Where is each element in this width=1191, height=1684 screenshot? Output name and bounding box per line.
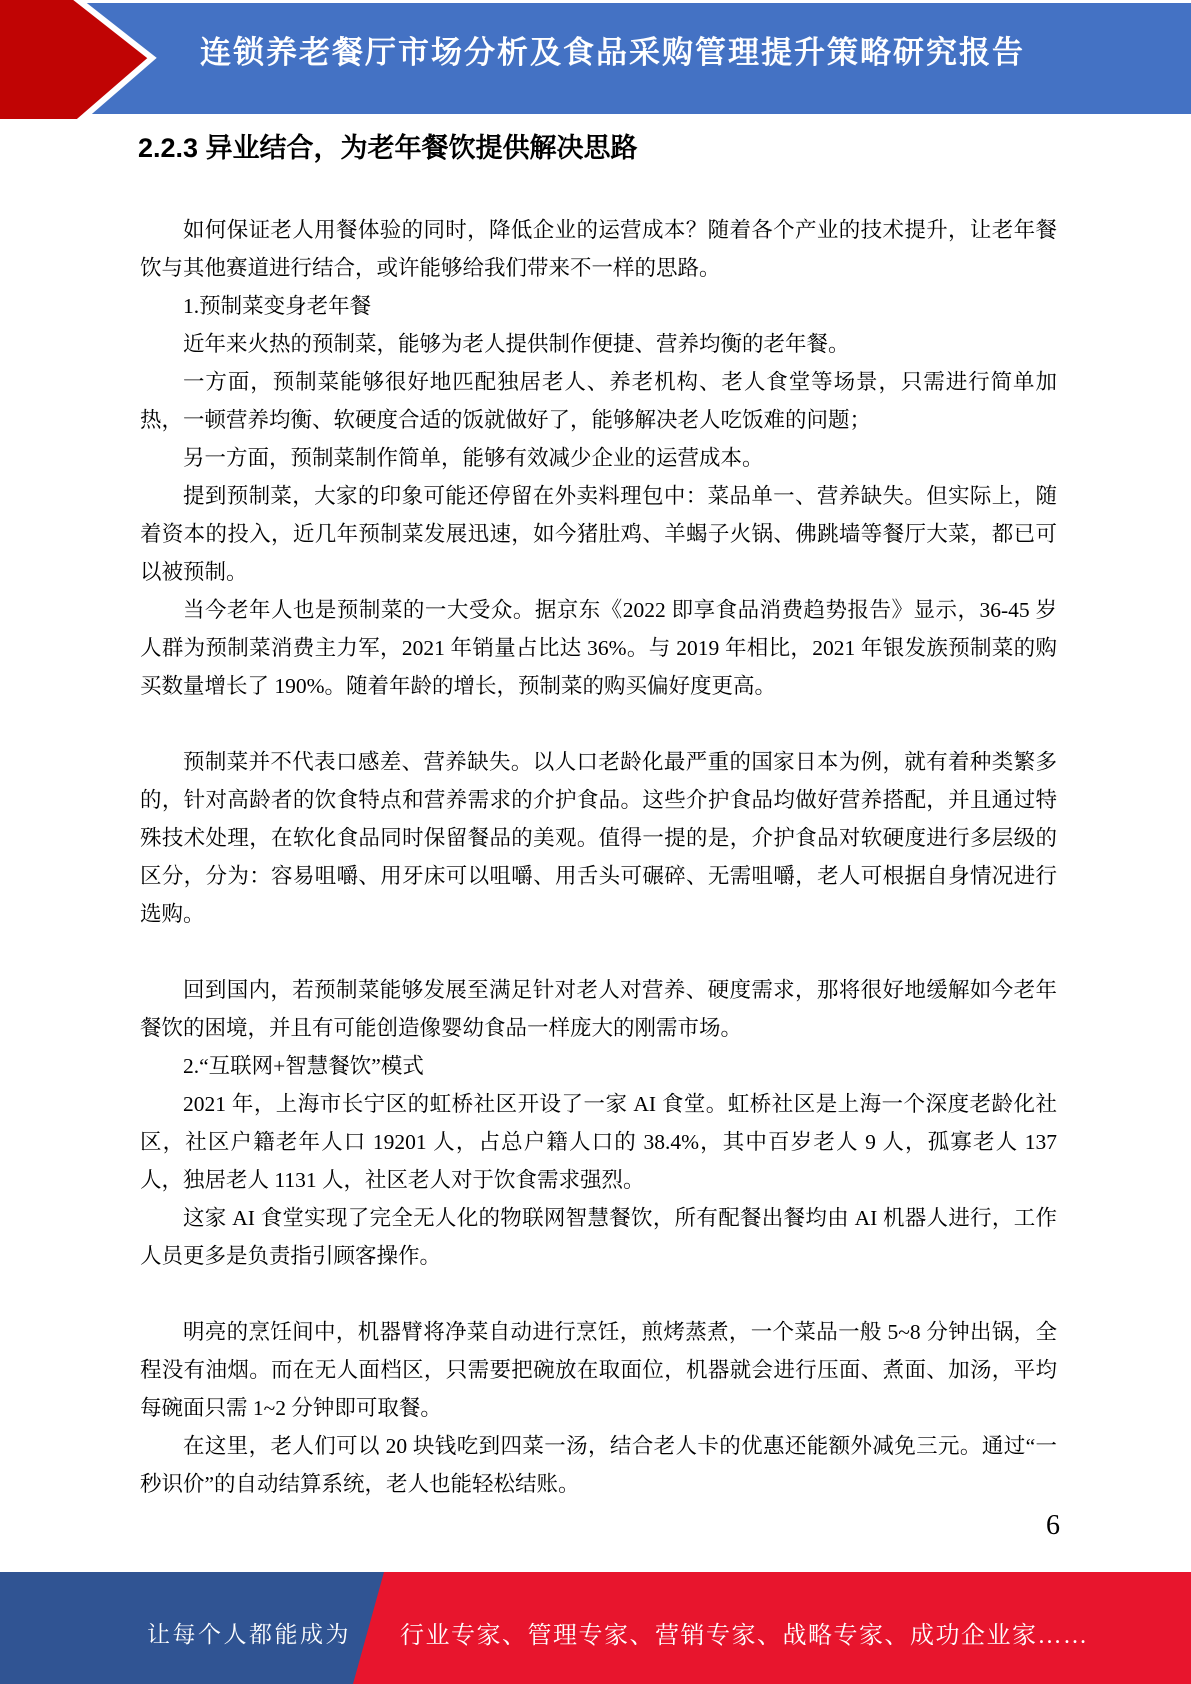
body-paragraph: 2.“互联网+智慧餐饮”模式 xyxy=(140,1047,1057,1085)
body-paragraph: 预制菜并不代表口感差、营养缺失。以人口老龄化最严重的国家日本为例，就有着种类繁多… xyxy=(140,743,1057,933)
body-paragraph: 提到预制菜，大家的印象可能还停留在外卖料理包中：菜品单一、营养缺失。但实际上，随… xyxy=(140,477,1057,591)
body-text: 如何保证老人用餐体验的同时，降低企业的运营成本？随着各个产业的技术提升，让老年餐… xyxy=(140,211,1057,1503)
arrow-shape xyxy=(0,0,152,122)
header-arrow-icon xyxy=(0,0,178,132)
page-number: 6 xyxy=(900,1506,1060,1546)
body-paragraph: 回到国内，若预制菜能够发展至满足针对老人对营养、硬度需求，那将很好地缓解如今老年… xyxy=(140,971,1057,1047)
section-heading: 2.2.3 异业结合，为老年餐饮提供解决思路 xyxy=(138,130,638,166)
footer: 让每个人都能成为 行业专家、管理专家、营销专家、战略专家、成功企业家…… xyxy=(0,1572,1191,1684)
body-paragraph: 1.预制菜变身老年餐 xyxy=(140,287,1057,325)
header-banner: 连锁养老餐厅市场分析及食品采购管理提升策略研究报告 xyxy=(0,3,1191,114)
body-paragraph: 另一方面，预制菜制作简单，能够有效减少企业的运营成本。 xyxy=(140,439,1057,477)
report-page: 连锁养老餐厅市场分析及食品采购管理提升策略研究报告 2.2.3 异业结合，为老年… xyxy=(0,0,1191,1684)
body-paragraph: 当今老年人也是预制菜的一大受众。据京东《2022 即享食品消费趋势报告》显示，3… xyxy=(140,591,1057,705)
report-title: 连锁养老餐厅市场分析及食品采购管理提升策略研究报告 xyxy=(166,27,1025,72)
body-paragraph: 如何保证老人用餐体验的同时，降低企业的运营成本？随着各个产业的技术提升，让老年餐… xyxy=(140,211,1057,287)
body-paragraph: 一方面，预制菜能够很好地匹配独居老人、养老机构、老人食堂等场景，只需进行简单加热… xyxy=(140,363,1057,439)
body-paragraph: 明亮的烹饪间中，机器臂将净菜自动进行烹饪，煎烤蒸煮，一个菜品一般 5~8 分钟出… xyxy=(140,1313,1057,1427)
body-paragraph: 在这里，老人们可以 20 块钱吃到四菜一汤，结合老人卡的优惠还能额外减免三元。通… xyxy=(140,1427,1057,1503)
body-paragraph: 这家 AI 食堂实现了完全无人化的物联网智慧餐饮，所有配餐出餐均由 AI 机器人… xyxy=(140,1199,1057,1275)
body-paragraph: 近年来火热的预制菜，能够为老人提供制作便捷、营养均衡的老年餐。 xyxy=(140,325,1057,363)
footer-slogan-right: 行业专家、管理专家、营销专家、战略专家、成功企业家…… xyxy=(400,1615,1089,1650)
body-paragraph: 2021 年，上海市长宁区的虹桥社区开设了一家 AI 食堂。虹桥社区是上海一个深… xyxy=(140,1085,1057,1199)
footer-slogan-left: 让每个人都能成为 xyxy=(147,1616,351,1649)
